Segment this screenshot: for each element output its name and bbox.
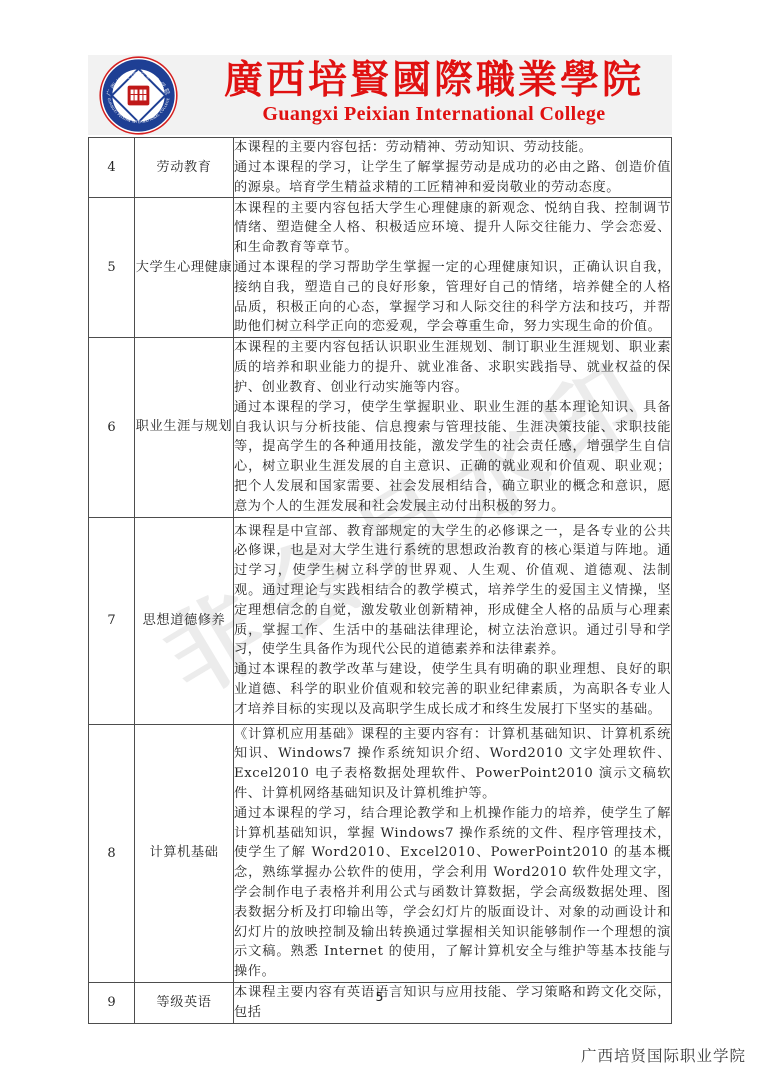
course-name: 思想道德修养 [135, 517, 234, 724]
course-name: 大学生心理健康 [135, 198, 234, 338]
course-number: 8 [89, 724, 135, 982]
description-paragraph: 通过本课程的学习，让学生了解掌握劳动是成功的必由之路、创造价值的源泉。培育学生精… [234, 158, 671, 198]
page-number: 5 [88, 989, 671, 1004]
description-paragraph: 通过本课程的学习，使学生掌握职业、职业生涯的基本理论知识、具备自我认识与分析技能… [234, 398, 671, 517]
description-paragraph: 本课程的主要内容包括：劳动精神、劳动知识、劳动技能。 [234, 138, 671, 158]
course-number: 7 [89, 517, 135, 724]
table-row: 5 大学生心理健康 本课程的主要内容包括大学生心理健康的新观念、悦纳自我、控制调… [89, 198, 672, 338]
description-paragraph: 本课程是中宣部、教育部规定的大学生的必修课之一，是各专业的公共必修课，也是对大学… [234, 522, 671, 661]
course-number: 5 [89, 198, 135, 338]
course-number: 4 [89, 138, 135, 198]
description-paragraph: 通过本课程的学习，结合理论教学和上机操作能力的培养，使学生了解计算机基础知识，掌… [234, 804, 671, 982]
description-paragraph: 通过本课程的教学改革与建设，使学生具有明确的职业理想、良好的职业道德、科学的职业… [234, 660, 671, 719]
table-row: 7 思想道德修养 本课程是中宣部、教育部规定的大学生的必修课之一，是各专业的公共… [89, 517, 672, 724]
table-row: 6 职业生涯与规划 本课程的主要内容包括认识职业生涯规划、制订职业生涯规划、职业… [89, 338, 672, 517]
description-paragraph: 《计算机应用基础》课程的主要内容有：计算机基础知识、计算机系统知识、Window… [234, 725, 671, 804]
footer-college-name: 广西培贤国际职业学院 [581, 1044, 746, 1066]
course-description: 本课程的主要内容包括大学生心理健康的新观念、悦纳自我、控制调节情绪、塑造健全人格… [234, 198, 672, 338]
table-row: 4 劳动教育 本课程的主要内容包括：劳动精神、劳动知识、劳动技能。 通过本课程的… [89, 138, 672, 198]
course-table: 4 劳动教育 本课程的主要内容包括：劳动精神、劳动知识、劳动技能。 通过本课程的… [88, 137, 672, 1024]
course-name: 职业生涯与规划 [135, 338, 234, 517]
course-description: 本课程的主要内容包括：劳动精神、劳动知识、劳动技能。 通过本课程的学习，让学生了… [234, 138, 672, 198]
course-name: 计算机基础 [135, 724, 234, 982]
college-title-block: 廣西培賢國際職業學院 Guangxi Peixian International… [204, 58, 664, 126]
college-header-banner: 广西培贤国际职业学院 GUANGXI PEIXIAN INTERNATIONAL… [88, 55, 672, 135]
description-paragraph: 本课程的主要内容包括大学生心理健康的新观念、悦纳自我、控制调节情绪、塑造健全人格… [234, 199, 671, 258]
college-name-zh: 廣西培賢國際職業學院 [204, 58, 664, 102]
course-name: 劳动教育 [135, 138, 234, 198]
college-seal-icon: 广西培贤国际职业学院 GUANGXI PEIXIAN INTERNATIONAL… [99, 56, 178, 135]
course-number: 6 [89, 338, 135, 517]
table-row: 8 计算机基础 《计算机应用基础》课程的主要内容有：计算机基础知识、计算机系统知… [89, 724, 672, 982]
college-logo: 广西培贤国际职业学院 GUANGXI PEIXIAN INTERNATIONAL… [99, 56, 178, 135]
description-paragraph: 本课程的主要内容包括认识职业生涯规划、制订职业生涯规划、职业素质的培养和职业能力… [234, 338, 671, 397]
course-description: 本课程的主要内容包括认识职业生涯规划、制订职业生涯规划、职业素质的培养和职业能力… [234, 338, 672, 517]
course-description: 本课程是中宣部、教育部规定的大学生的必修课之一，是各专业的公共必修课，也是对大学… [234, 517, 672, 724]
description-paragraph: 通过本课程的学习帮助学生掌握一定的心理健康知识，正确认识自我，接纳自我，塑造自己… [234, 258, 671, 337]
college-name-en: Guangxi Peixian International College [204, 102, 664, 126]
course-description: 《计算机应用基础》课程的主要内容有：计算机基础知识、计算机系统知识、Window… [234, 724, 672, 982]
